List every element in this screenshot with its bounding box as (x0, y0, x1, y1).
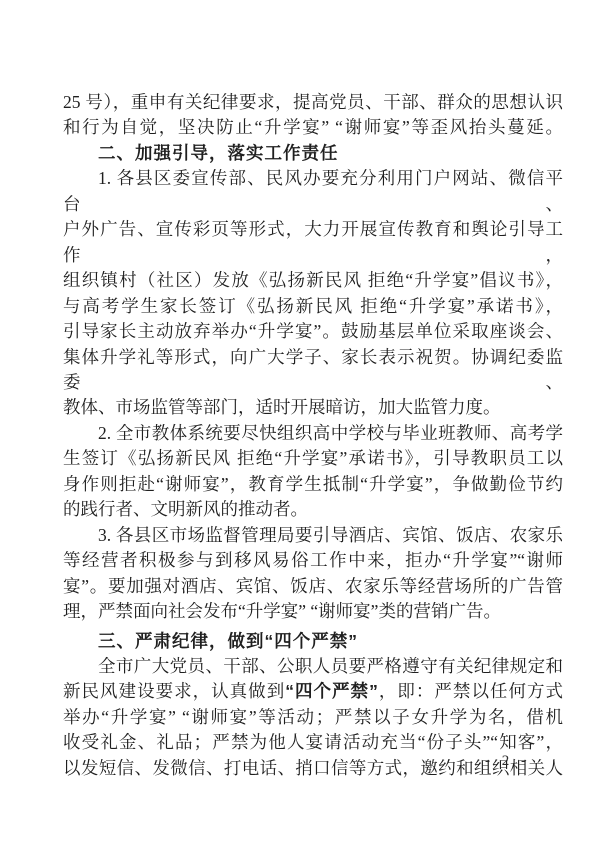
document-line: 全市广大党员、干部、公职人员要严格遵守有关纪律规定和 (63, 654, 563, 679)
text-segment: 生签订《弘扬新民风 拒绝“升学宴”承诺书》，引导教职员工以 (63, 448, 563, 468)
text-segment: 户外广告、宣传彩页等形式，大力开展宣传教育和舆论引导工作， (63, 219, 563, 264)
document-line: 户外广告、宣传彩页等形式，大力开展宣传教育和舆论引导工作， (63, 217, 563, 268)
document-line: 教体、市场监管等部门，适时开展暗访，加大监管力度。 (63, 395, 563, 420)
document-page: 25 号），重申有关纪律要求，提高党员、干部、群众的思想认识和行为自觉，坚决防止… (0, 0, 600, 849)
emphasized-text: “四个严禁” (285, 681, 378, 701)
document-line: 宴”。要加强对酒店、宾馆、饭店、农家乐等经营场所的广告管 (63, 574, 563, 599)
text-segment: 等经营者积极参与到移风易俗工作中来，拒办“升学宴”“谢师 (63, 550, 563, 570)
document-line: 2. 全市教体系统要尽快组织高中学校与毕业班教师、高考学 (63, 421, 563, 446)
document-line: 举办“升学宴” “谢师宴”等活动；严禁以子女升学为名，借机 (63, 705, 563, 730)
document-line: 1. 各县区委宣传部、民风办要充分利用门户网站、微信平台、 (63, 166, 563, 217)
document-line: 理，严禁面向社会发布“升学宴” “谢师宴”类的营销广告。 (63, 599, 563, 624)
text-segment: 集体升学礼等形式，向广大学子、家长表示祝贺。协调纪委监委、 (63, 347, 563, 392)
text-segment: 教体、市场监管等部门，适时开展暗访，加大监管力度。 (63, 397, 501, 417)
text-segment: 新民风建设要求，认真做到 (63, 681, 285, 701)
document-line: 新民风建设要求，认真做到“四个严禁”，即：严禁以任何方式 (63, 679, 563, 704)
section-heading: 三、严肃纪律，做到“四个严禁” (63, 629, 563, 654)
text-segment: 1. 各县区委宣传部、民风办要充分利用门户网站、微信平台、 (63, 168, 563, 213)
document-line: 的践行者、文明新风的推动者。 (63, 497, 563, 522)
text-segment: 的践行者、文明新风的推动者。 (63, 499, 308, 519)
section-heading: 二、加强引导，落实工作责任 (63, 141, 563, 166)
emphasized-text: 二、加强引导，落实工作责任 (98, 143, 339, 163)
document-line: 3. 各县区市场监督管理局要引导酒店、宾馆、饭店、农家乐 (63, 523, 563, 548)
document-line: 等经营者积极参与到移风易俗工作中来，拒办“升学宴”“谢师 (63, 548, 563, 573)
text-segment: 与高考学生家长签订《弘扬新民风 拒绝“升学宴”承诺书》， (63, 296, 563, 316)
document-line: 组织镇村（社区）发放《弘扬新民风 拒绝“升学宴”倡议书》， (63, 268, 563, 293)
document-line: 集体升学礼等形式，向广大学子、家长表示祝贺。协调纪委监委、 (63, 345, 563, 396)
text-segment: 组织镇村（社区）发放《弘扬新民风 拒绝“升学宴”倡议书》， (63, 270, 563, 290)
text-segment: 全市广大党员、干部、公职人员要严格遵守有关纪律规定和 (98, 656, 563, 676)
text-segment: 和行为自觉，坚决防止“升学宴” “谢师宴”等歪风抬头蔓延。 (63, 117, 563, 137)
document-line: 生签订《弘扬新民风 拒绝“升学宴”承诺书》，引导教职员工以 (63, 446, 563, 471)
document-line: 25 号），重申有关纪律要求，提高党员、干部、群众的思想认识 (63, 90, 563, 115)
document-line: 与高考学生家长签订《弘扬新民风 拒绝“升学宴”承诺书》， (63, 294, 563, 319)
document-body: 25 号），重申有关纪律要求，提高党员、干部、群众的思想认识和行为自觉，坚决防止… (63, 90, 563, 781)
text-segment: 2. 全市教体系统要尽快组织高中学校与毕业班教师、高考学 (98, 423, 563, 443)
document-line: 和行为自觉，坚决防止“升学宴” “谢师宴”等歪风抬头蔓延。 (63, 115, 563, 140)
text-segment: 举办“升学宴” “谢师宴”等活动；严禁以子女升学为名，借机 (63, 707, 563, 727)
document-line: 收受礼金、礼品；严禁为他人宴请活动充当“份子头”“知客”， (63, 730, 563, 755)
text-segment: 3. 各县区市场监督管理局要引导酒店、宾馆、饭店、农家乐 (98, 525, 563, 545)
text-segment: 引导家长主动放弃举办“升学宴”。鼓励基层单位采取座谈会、 (63, 321, 563, 341)
text-segment: 理，严禁面向社会发布“升学宴” “谢师宴”类的营销广告。 (63, 601, 501, 621)
text-segment: 宴”。要加强对酒店、宾馆、饭店、农家乐等经营场所的广告管 (63, 576, 563, 596)
page-number: - 2 - (485, 753, 530, 770)
document-line: 身作则拒赴“谢师宴”，教育学生抵制“升学宴”，争做勤俭节约 (63, 472, 563, 497)
document-line: 引导家长主动放弃举办“升学宴”。鼓励基层单位采取座谈会、 (63, 319, 563, 344)
text-segment: 收受礼金、礼品；严禁为他人宴请活动充当“份子头”“知客”， (63, 732, 563, 752)
emphasized-text: 三、严肃纪律，做到“四个严禁” (98, 631, 358, 651)
text-segment: ，即：严禁以任何方式 (378, 681, 563, 701)
text-segment: 25 号），重申有关纪律要求，提高党员、干部、群众的思想认识 (63, 92, 563, 112)
text-segment: 身作则拒赴“谢师宴”，教育学生抵制“升学宴”，争做勤俭节约 (63, 474, 563, 494)
